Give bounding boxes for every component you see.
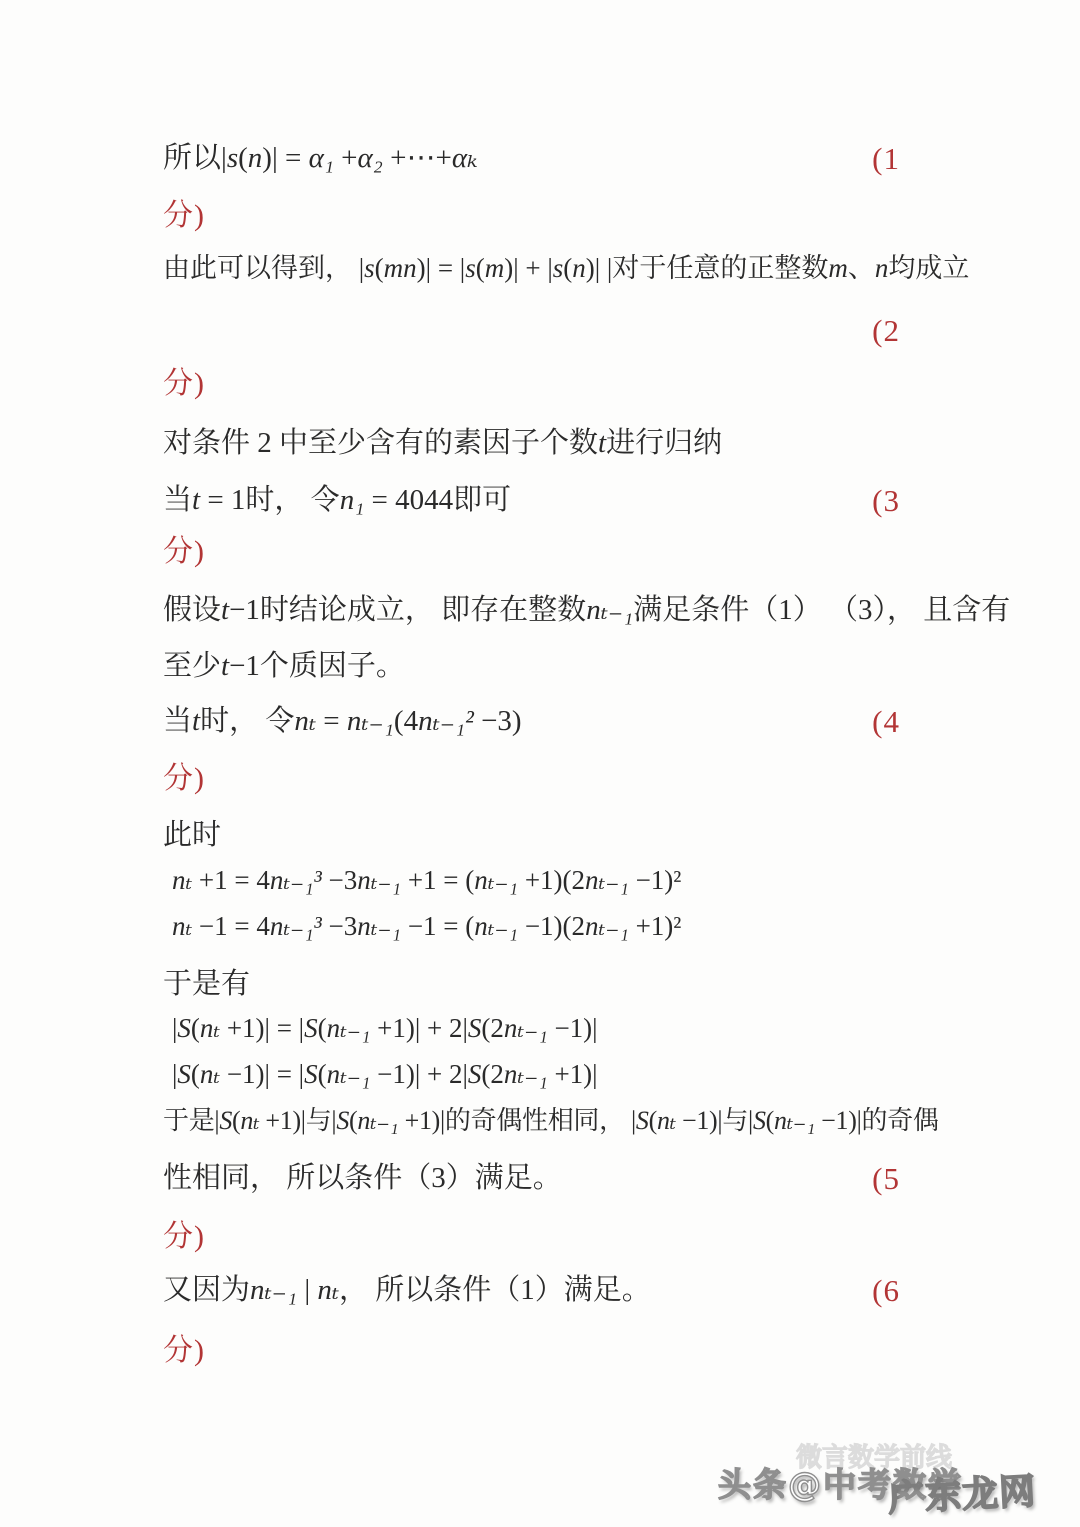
text-line: 假设t−1时结论成立， 即存在整数nₜ₋₁满足条件（1） （3）， 且含有: [163, 592, 900, 628]
equation-line: nₜ +1 = 4nₜ₋₁³ −3nₜ₋₁ +1 = (nₜ₋₁ +1)(2nₜ…: [172, 864, 909, 898]
text-line: 于是|S(nₜ +1)|与|S(nₜ₋₁ +1)|的奇偶性相同， |S(nₜ −…: [163, 1105, 900, 1138]
text-line: 又因为nₜ₋₁ | nₜ， 所以条件（1）满足。 (6: [163, 1272, 900, 1311]
line-text: 于是有: [163, 966, 250, 1002]
text-line: 所以|s(n)| = α₁ +α₂ +⋯+αₖ (1: [163, 140, 900, 179]
score-label: 分): [163, 1218, 205, 1256]
text-line: 由此可以得到， |s(mn)| = |s(m)| + |s(n)| |对于任意的…: [163, 252, 900, 286]
equation-line: |S(nₜ −1)| = |S(nₜ₋₁ −1)| + 2|S(2nₜ₋₁ +1…: [172, 1058, 909, 1092]
text-line: 当t = 1时， 令n₁ = 4044即可 (3: [163, 482, 900, 521]
equation: |S(nₜ −1)| = |S(nₜ₋₁ −1)| + 2|S(2nₜ₋₁ +1…: [172, 1058, 598, 1092]
text-line: 此时: [163, 817, 900, 853]
score-label: 分): [163, 365, 205, 403]
document-page: 所以|s(n)| = α₁ +α₂ +⋯+αₖ (1 分) 由此可以得到， |s…: [0, 0, 1080, 1527]
line-text: 于是|S(nₜ +1)|与|S(nₜ₋₁ +1)|的奇偶性相同， |S(nₜ −…: [163, 1105, 939, 1138]
score-label: 分): [163, 1332, 205, 1370]
line-text: 假设t−1时结论成立， 即存在整数nₜ₋₁满足条件（1） （3）， 且含有: [163, 592, 1010, 628]
score-label-line: 分): [163, 760, 900, 798]
score-marker: (2: [872, 312, 900, 351]
score-label: 分): [163, 197, 205, 235]
line-text: 所以|s(n)| = α₁ +α₂ +⋯+αₖ: [163, 140, 478, 176]
equation: |S(nₜ +1)| = |S(nₜ₋₁ +1)| + 2|S(2nₜ₋₁ −1…: [172, 1012, 598, 1046]
line-text: 至少t−1个质因子。: [163, 648, 405, 684]
score-label-line: 分): [163, 1218, 900, 1256]
score-marker: (5: [872, 1160, 900, 1199]
text-line: 至少t−1个质因子。: [163, 648, 900, 684]
text-line: 对条件 2 中至少含有的素因子个数t进行归纳: [163, 425, 900, 461]
line-text: 又因为nₜ₋₁ | nₜ， 所以条件（1）满足。: [163, 1272, 651, 1308]
score-label-line: 分): [163, 1332, 900, 1370]
equation-line: |S(nₜ +1)| = |S(nₜ₋₁ +1)| + 2|S(2nₜ₋₁ −1…: [172, 1012, 909, 1046]
line-text: 当t = 1时， 令n₁ = 4044即可: [163, 482, 511, 518]
line-text: 性相同， 所以条件（3）满足。: [163, 1160, 562, 1196]
line-text: 当t时， 令nₜ = nₜ₋₁(4nₜ₋₁² −3): [163, 703, 522, 739]
score-label: 分): [163, 533, 205, 571]
text-line: 当t时， 令nₜ = nₜ₋₁(4nₜ₋₁² −3) (4: [163, 703, 900, 742]
line-text: 对条件 2 中至少含有的素因子个数t进行归纳: [163, 425, 722, 461]
score-label-line: 分): [163, 197, 900, 235]
line-text: 由此可以得到， |s(mn)| = |s(m)| + |s(n)| |对于任意的…: [163, 252, 969, 286]
score-label-line: 分): [163, 365, 900, 403]
equation-line: nₜ −1 = 4nₜ₋₁³ −3nₜ₋₁ −1 = (nₜ₋₁ −1)(2nₜ…: [172, 910, 909, 944]
text-line: 性相同， 所以条件（3）满足。 (5: [163, 1160, 900, 1199]
text-line: (2: [163, 312, 900, 351]
equation: nₜ +1 = 4nₜ₋₁³ −3nₜ₋₁ +1 = (nₜ₋₁ +1)(2nₜ…: [172, 864, 681, 898]
score-marker: (4: [872, 703, 900, 742]
line-text: 此时: [163, 817, 221, 853]
score-marker: (6: [872, 1272, 900, 1311]
watermark-overlay-text: 广东龙网: [887, 1463, 1037, 1522]
score-label-line: 分): [163, 533, 900, 571]
score-marker: (3: [872, 482, 900, 521]
score-marker: (1: [872, 140, 900, 179]
text-line: 于是有: [163, 966, 900, 1002]
equation: nₜ −1 = 4nₜ₋₁³ −3nₜ₋₁ −1 = (nₜ₋₁ −1)(2nₜ…: [172, 910, 681, 944]
score-label: 分): [163, 760, 205, 798]
watermark: 微言数学前线 头条@中考数学 广东龙网: [700, 1415, 1080, 1527]
